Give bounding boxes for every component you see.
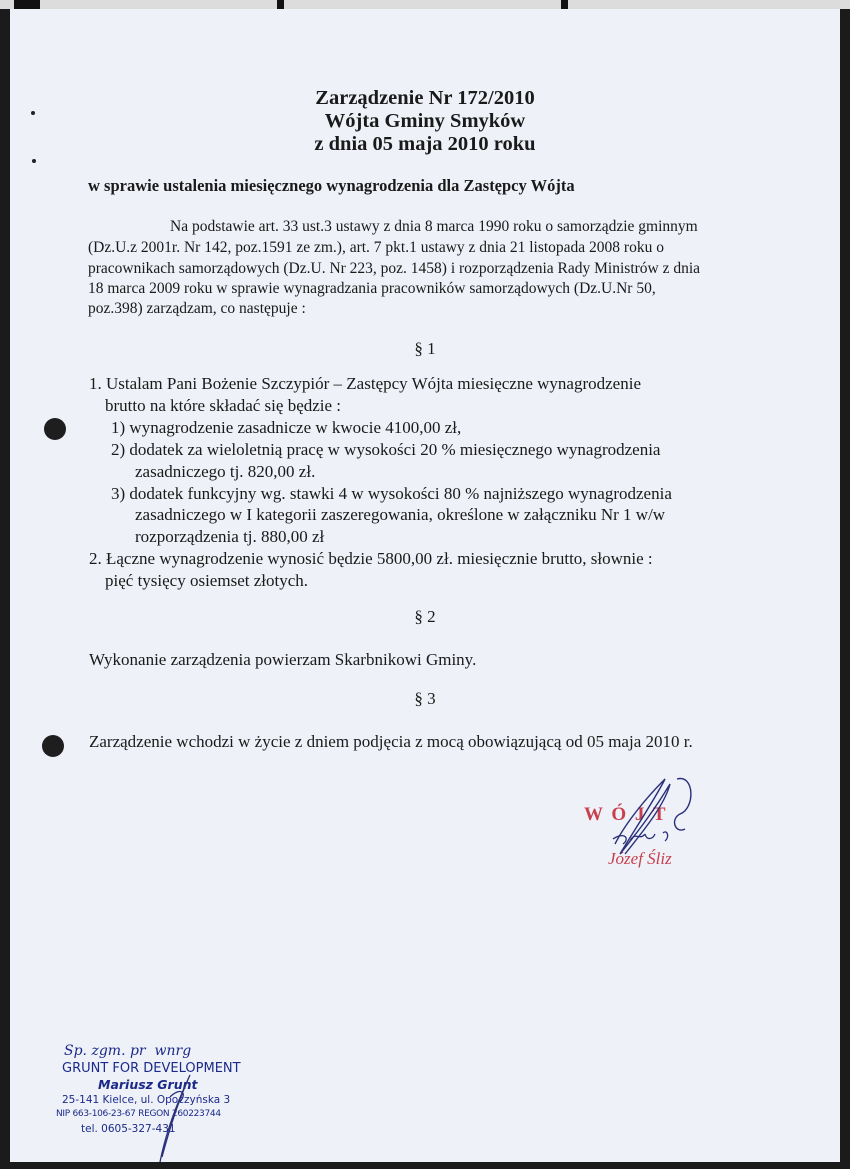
preamble-line: pracownikach samorządowych (Dz.U. Nr 223… [88,259,700,280]
section-text: Wykonanie zarządzenia powierzam Skarbnik… [89,649,476,671]
preamble-line: (Dz.U.z 2001r. Nr 142, poz.1591 ze zm.),… [88,238,664,259]
punch-hole [44,418,66,440]
subitem-3-cont: rozporządzenia tj. 880,00 zł [135,526,324,548]
item-1-line: brutto na które składać się będzie : [105,395,341,417]
scanner-artifact [277,0,284,9]
punch-hole [42,735,64,757]
handwritten-note: Sp. zgm. pr wnrg [64,1043,191,1059]
ordinance-number: Zarządzenie Nr 172/2010 [10,87,840,110]
section-text: Zarządzenie wchodzi w życie z dniem podj… [89,731,693,753]
preamble-line: Na podstawie art. 33 ust.3 ustawy z dnia… [170,217,698,238]
issuing-authority: Wójta Gminy Smyków [10,110,840,133]
item-1-line: 1. Ustalam Pani Bożenie Szczypiór – Zast… [89,373,641,395]
subitem-3-cont: zasadniczego w I kategorii zaszeregowani… [135,504,665,526]
ordinance-subject: w sprawie ustalenia miesięcznego wynagro… [88,176,575,196]
item-2-line: pięć tysięcy osiemset złotych. [105,570,308,592]
initials-signature-icon [140,1067,200,1167]
subitem-2: 2) dodatek za wieloletnią pracę w wysoko… [111,439,660,461]
scanner-artifact [14,0,40,9]
subitem-3: 3) dodatek funkcyjny wg. stawki 4 w wyso… [111,483,672,505]
section-heading: § 1 [10,339,840,359]
scanner-top-edge [0,0,850,9]
handwritten-signature-icon [585,769,705,869]
subitem-2-cont: zasadniczego tj. 820,00 zł. [135,461,315,483]
subitem-1: 1) wynagrodzenie zasadnicze w kwocie 410… [111,417,461,439]
section-heading: § 3 [10,689,840,709]
scan-speck [32,159,36,163]
scanner-artifact [561,0,568,9]
preamble-line: 18 marca 2009 roku w sprawie wynagradzan… [88,279,656,300]
ordinance-date: z dnia 05 maja 2010 roku [10,133,840,156]
preamble-line: poz.398) zarządzam, co następuje : [88,299,306,320]
section-heading: § 2 [10,607,840,627]
document-page: Zarządzenie Nr 172/2010 Wójta Gminy Smyk… [10,9,840,1162]
item-2-line: 2. Łączne wynagrodzenie wynosić będzie 5… [89,548,653,570]
